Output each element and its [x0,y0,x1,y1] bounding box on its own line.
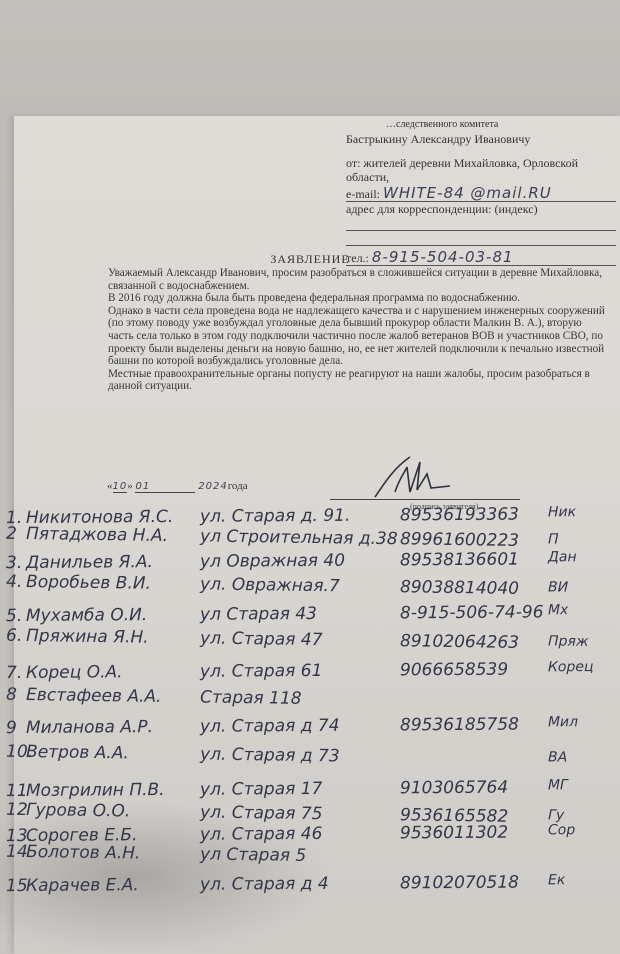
paragraph: В 2016 году должна была быть проведена ф… [108,292,606,305]
date-suffix: года [228,480,248,492]
signatory-phone: 89961600223 [400,529,519,551]
date-year: 2024 [198,481,227,492]
signatory-address: ул. Старая д 73 [200,744,340,766]
signatory-phone: 89538136601 [400,550,519,571]
row-number: 8 [6,685,17,705]
row-number: 5. [6,606,22,626]
signatory-address: Старая 118 [200,687,302,708]
addressee-name: Бастрыкину Александру Ивановичу [346,132,616,146]
signatory-phone: 9066658539 [400,660,508,681]
row-number: 11 [6,781,28,801]
row-number: 15 [6,876,28,896]
signatory-phone: 9536011302 [400,823,508,844]
signatory-name: Карачев Е.А. [26,875,139,896]
document-date: «10» 01 2024года [107,480,248,493]
signatory-address: ул. Старая д 74 [200,716,340,737]
signatory-phone: 89536185758 [400,715,519,736]
addressee-line0: …следственного комитета [346,118,616,132]
signatory-address: ул Овражная 40 [200,551,345,572]
signatory-name: Пятаджова Н.А. [26,524,168,546]
signatory-name: Пряжина Я.Н. [26,626,149,648]
signatory-address: ул. Старая 47 [200,628,323,650]
signatory-address: ул Старая 5 [200,844,306,865]
signatory-name: Мозгрилин П.В. [26,780,165,801]
signatory-signature: Ник [548,504,576,520]
postal-line-1 [346,216,616,231]
signatory-name: Мухамба О.И. [26,605,147,626]
signatory-name: Данильев Я.А. [26,552,153,573]
row-number: 3. [6,553,22,573]
signatory-address: ул. Старая д. 91. [200,506,351,527]
signatory-signature: Ек [548,872,565,888]
date-month: 01 [135,481,195,493]
signatory-name: Евстафеев А.А. [26,685,162,707]
row-number: 12 [6,800,28,820]
signatory-signature: Корец [548,659,594,675]
signature-line [330,499,520,500]
signatory-signature: Гу [548,807,564,823]
signatory-address: ул. Овражная.7 [200,574,340,596]
document-body: Уважаемый Александр Иванович, просим раз… [108,267,606,393]
signatory-signature: Пряж [548,633,589,650]
row-number: 14 [6,842,28,862]
signatory-signature: Мх [548,602,568,618]
paragraph: Местные правоохранительные органы попуст… [108,368,606,393]
signatory-address: ул. Старая 17 [200,779,323,800]
document-title: ЗАЯВЛЕНИЕ [0,252,620,267]
signatory-address: ул Старая 43 [200,604,317,625]
row-number: 2 [6,524,17,544]
signatory-phone: 89038814040 [400,577,519,599]
paragraph: Уважаемый Александр Иванович, просим раз… [108,267,606,292]
paragraph: Однако в части села проведена вода не на… [108,305,606,368]
signatory-row: 15Карачев Е.А.ул. Старая д 489102070518Е… [0,872,620,906]
row-number: 7. [6,663,22,683]
signatory-phone: 89102064263 [400,631,519,653]
date-day: 10 [113,481,128,493]
signatory-name: Корец О.А. [26,662,123,683]
signatory-signature: ВА [548,749,567,765]
email-label: e-mail: [346,187,380,201]
addressee-block: …следственного комитета Бастрыкину Алекс… [346,118,616,266]
applicant-signature [365,452,455,502]
signatory-address: ул. Старая д 4 [200,874,329,895]
signatory-phone: 8-915-506-74-96 [400,602,544,623]
signatory-signature: МГ [548,777,568,793]
signatory-name: Гурова О.О. [26,800,130,821]
email-value: WHITE-84 @mail.RU [383,184,552,202]
signatory-name: Болотов А.Н. [26,842,141,864]
postal-label: адрес для корреспонденции: (индекс) [346,202,616,216]
postal-line-2 [346,231,616,246]
signatory-phone: 9103065764 [400,778,508,799]
signatory-name: Ветров А.А. [26,742,129,763]
signatory-name: Миланова А.Р. [26,717,153,738]
signatory-address: ул. Старая 46 [200,824,323,845]
signatory-signature: Сор [548,822,575,838]
signatory-signature: П [548,531,559,547]
row-number: 4. [6,572,23,592]
row-number: 6. [6,626,23,646]
from-line: от: жителей деревни Михайловка, Орловско… [346,156,616,184]
signatory-signature: ВИ [548,579,568,595]
signatory-signature: Мил [548,714,578,730]
signatory-name: Воробьев В.И. [26,572,151,594]
signatory-phone: 89102070518 [400,873,519,894]
signatory-address: ул. Старая 75 [200,802,323,824]
signatory-phone: 89536193363 [400,505,519,526]
signatory-address: ул Строительная д.38 [200,526,398,549]
row-number: 9 [6,718,17,738]
signatory-signature: Дан [548,549,577,565]
signatory-address: ул. Старая 61 [200,661,323,682]
